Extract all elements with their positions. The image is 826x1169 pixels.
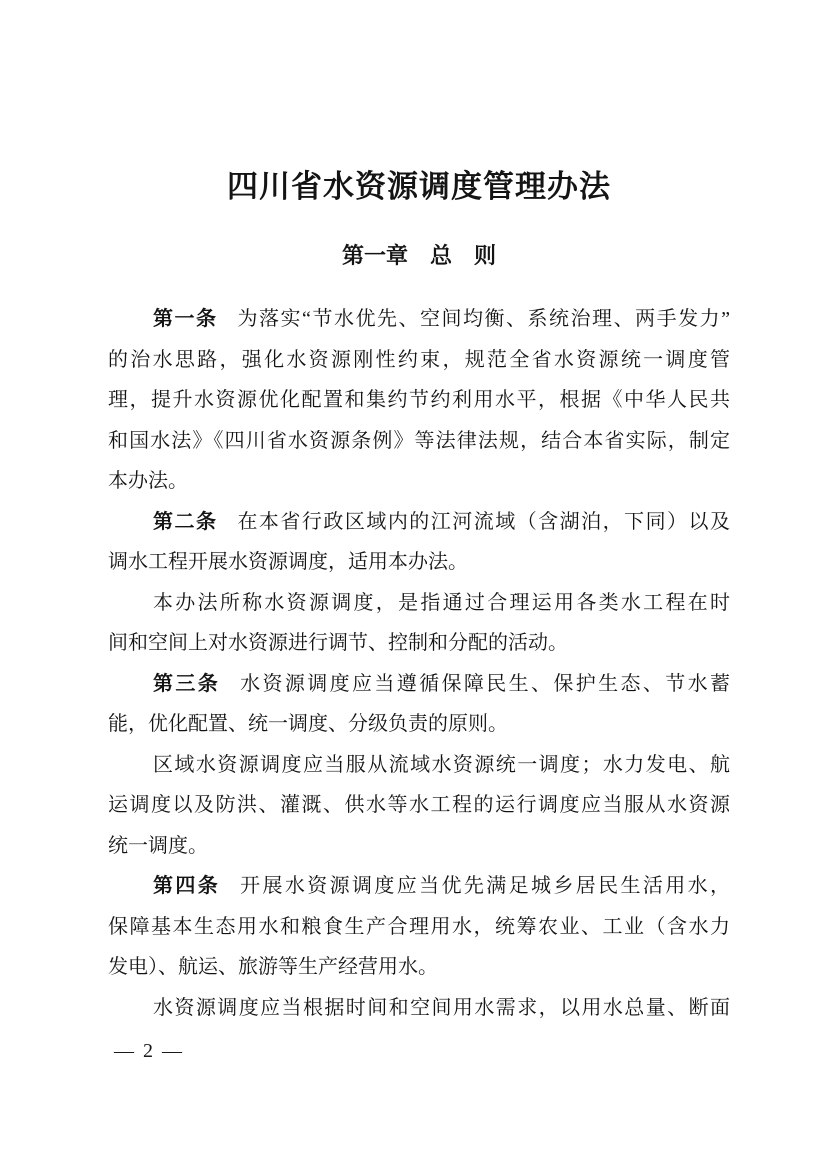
text-line: 第二条在本省行政区域内的江河流域（含湖泊，下同）以及 (108, 502, 730, 543)
article-number-label: 第四条 (153, 875, 220, 897)
document-body: 第一条为落实“节水优先、空间均衡、系统治理、两手发力” 的治水思路，强化水资源刚… (108, 299, 730, 1028)
article-paragraph: 第一条为落实“节水优先、空间均衡、系统治理、两手发力” 的治水思路，强化水资源刚… (108, 299, 730, 502)
text-line: 能，优化配置、统一调度、分级负责的原则。 (108, 704, 730, 745)
text-line: 理，提升水资源优化配置和集约节约利用水平，根据《中华人民共 (108, 380, 730, 421)
article-paragraph: 第三条水资源调度应当遵循保障民生、保护生态、节水蓄 能，优化配置、统一调度、分级… (108, 664, 730, 745)
text-line-content: 水资源调度应当遵循保障民生、保护生态、节水蓄 (240, 673, 730, 695)
text-line: 本办法。 (108, 461, 730, 502)
article-number-label: 第二条 (153, 511, 217, 533)
text-line-content: 在本省行政区域内的江河流域（含湖泊，下同）以及 (237, 511, 730, 533)
text-line: 区域水资源调度应当服从流域水资源统一调度；水力发电、航 (108, 745, 730, 786)
text-line: 水资源调度应当根据时间和空间用水需求，以用水总量、断面 (108, 988, 730, 1029)
article-number-label: 第一条 (153, 308, 218, 330)
text-line: 的治水思路，强化水资源刚性约束，规范全省水资源统一调度管 (108, 340, 730, 381)
text-line: 调水工程开展水资源调度，适用本办法。 (108, 542, 730, 583)
text-line: 本办法所称水资源调度，是指通过合理运用各类水工程在时 (108, 583, 730, 624)
text-line: 运调度以及防洪、灌溉、供水等水工程的运行调度应当服从水资源 (108, 785, 730, 826)
article-number-label: 第三条 (153, 673, 220, 695)
document-title: 四川省水资源调度管理办法 (108, 168, 730, 206)
article-paragraph: 第四条开展水资源调度应当优先满足城乡居民生活用水， 保障基本生态用水和粮食生产合… (108, 866, 730, 988)
text-line: 第三条水资源调度应当遵循保障民生、保护生态、节水蓄 (108, 664, 730, 705)
text-line: 间和空间上对水资源进行调节、控制和分配的活动。 (108, 623, 730, 664)
article-paragraph: 第二条在本省行政区域内的江河流域（含湖泊，下同）以及 调水工程开展水资源调度，适… (108, 502, 730, 583)
article-paragraph: 水资源调度应当根据时间和空间用水需求，以用水总量、断面 (108, 988, 730, 1029)
chapter-title: 总 则 (430, 243, 496, 268)
document-page: 四川省水资源调度管理办法 第一章总 则 第一条为落实“节水优先、空间均衡、系统治… (0, 0, 826, 1169)
article-paragraph: 区域水资源调度应当服从流域水资源统一调度；水力发电、航 运调度以及防洪、灌溉、供… (108, 745, 730, 867)
text-line: 和国水法》《四川省水资源条例》等法律法规，结合本省实际，制定 (108, 421, 730, 462)
text-line: 保障基本生态用水和粮食生产合理用水，统筹农业、工业（含水力 (108, 907, 730, 948)
document-content: 四川省水资源调度管理办法 第一章总 则 第一条为落实“节水优先、空间均衡、系统治… (108, 0, 730, 1028)
chapter-heading: 第一章总 则 (108, 242, 730, 270)
chapter-number: 第一章 (342, 243, 408, 268)
text-line: 第一条为落实“节水优先、空间均衡、系统治理、两手发力” (108, 299, 730, 340)
text-line-content: 为落实“节水优先、空间均衡、系统治理、两手发力” (238, 308, 730, 330)
text-line: 发电）、航运、旅游等生产经营用水。 (108, 947, 730, 988)
text-line: 统一调度。 (108, 826, 730, 867)
page-number: — 2 — (114, 1040, 184, 1063)
article-paragraph: 本办法所称水资源调度，是指通过合理运用各类水工程在时 间和空间上对水资源进行调节… (108, 583, 730, 664)
text-line: 第四条开展水资源调度应当优先满足城乡居民生活用水， (108, 866, 730, 907)
text-line-content: 开展水资源调度应当优先满足城乡居民生活用水， (240, 875, 730, 897)
